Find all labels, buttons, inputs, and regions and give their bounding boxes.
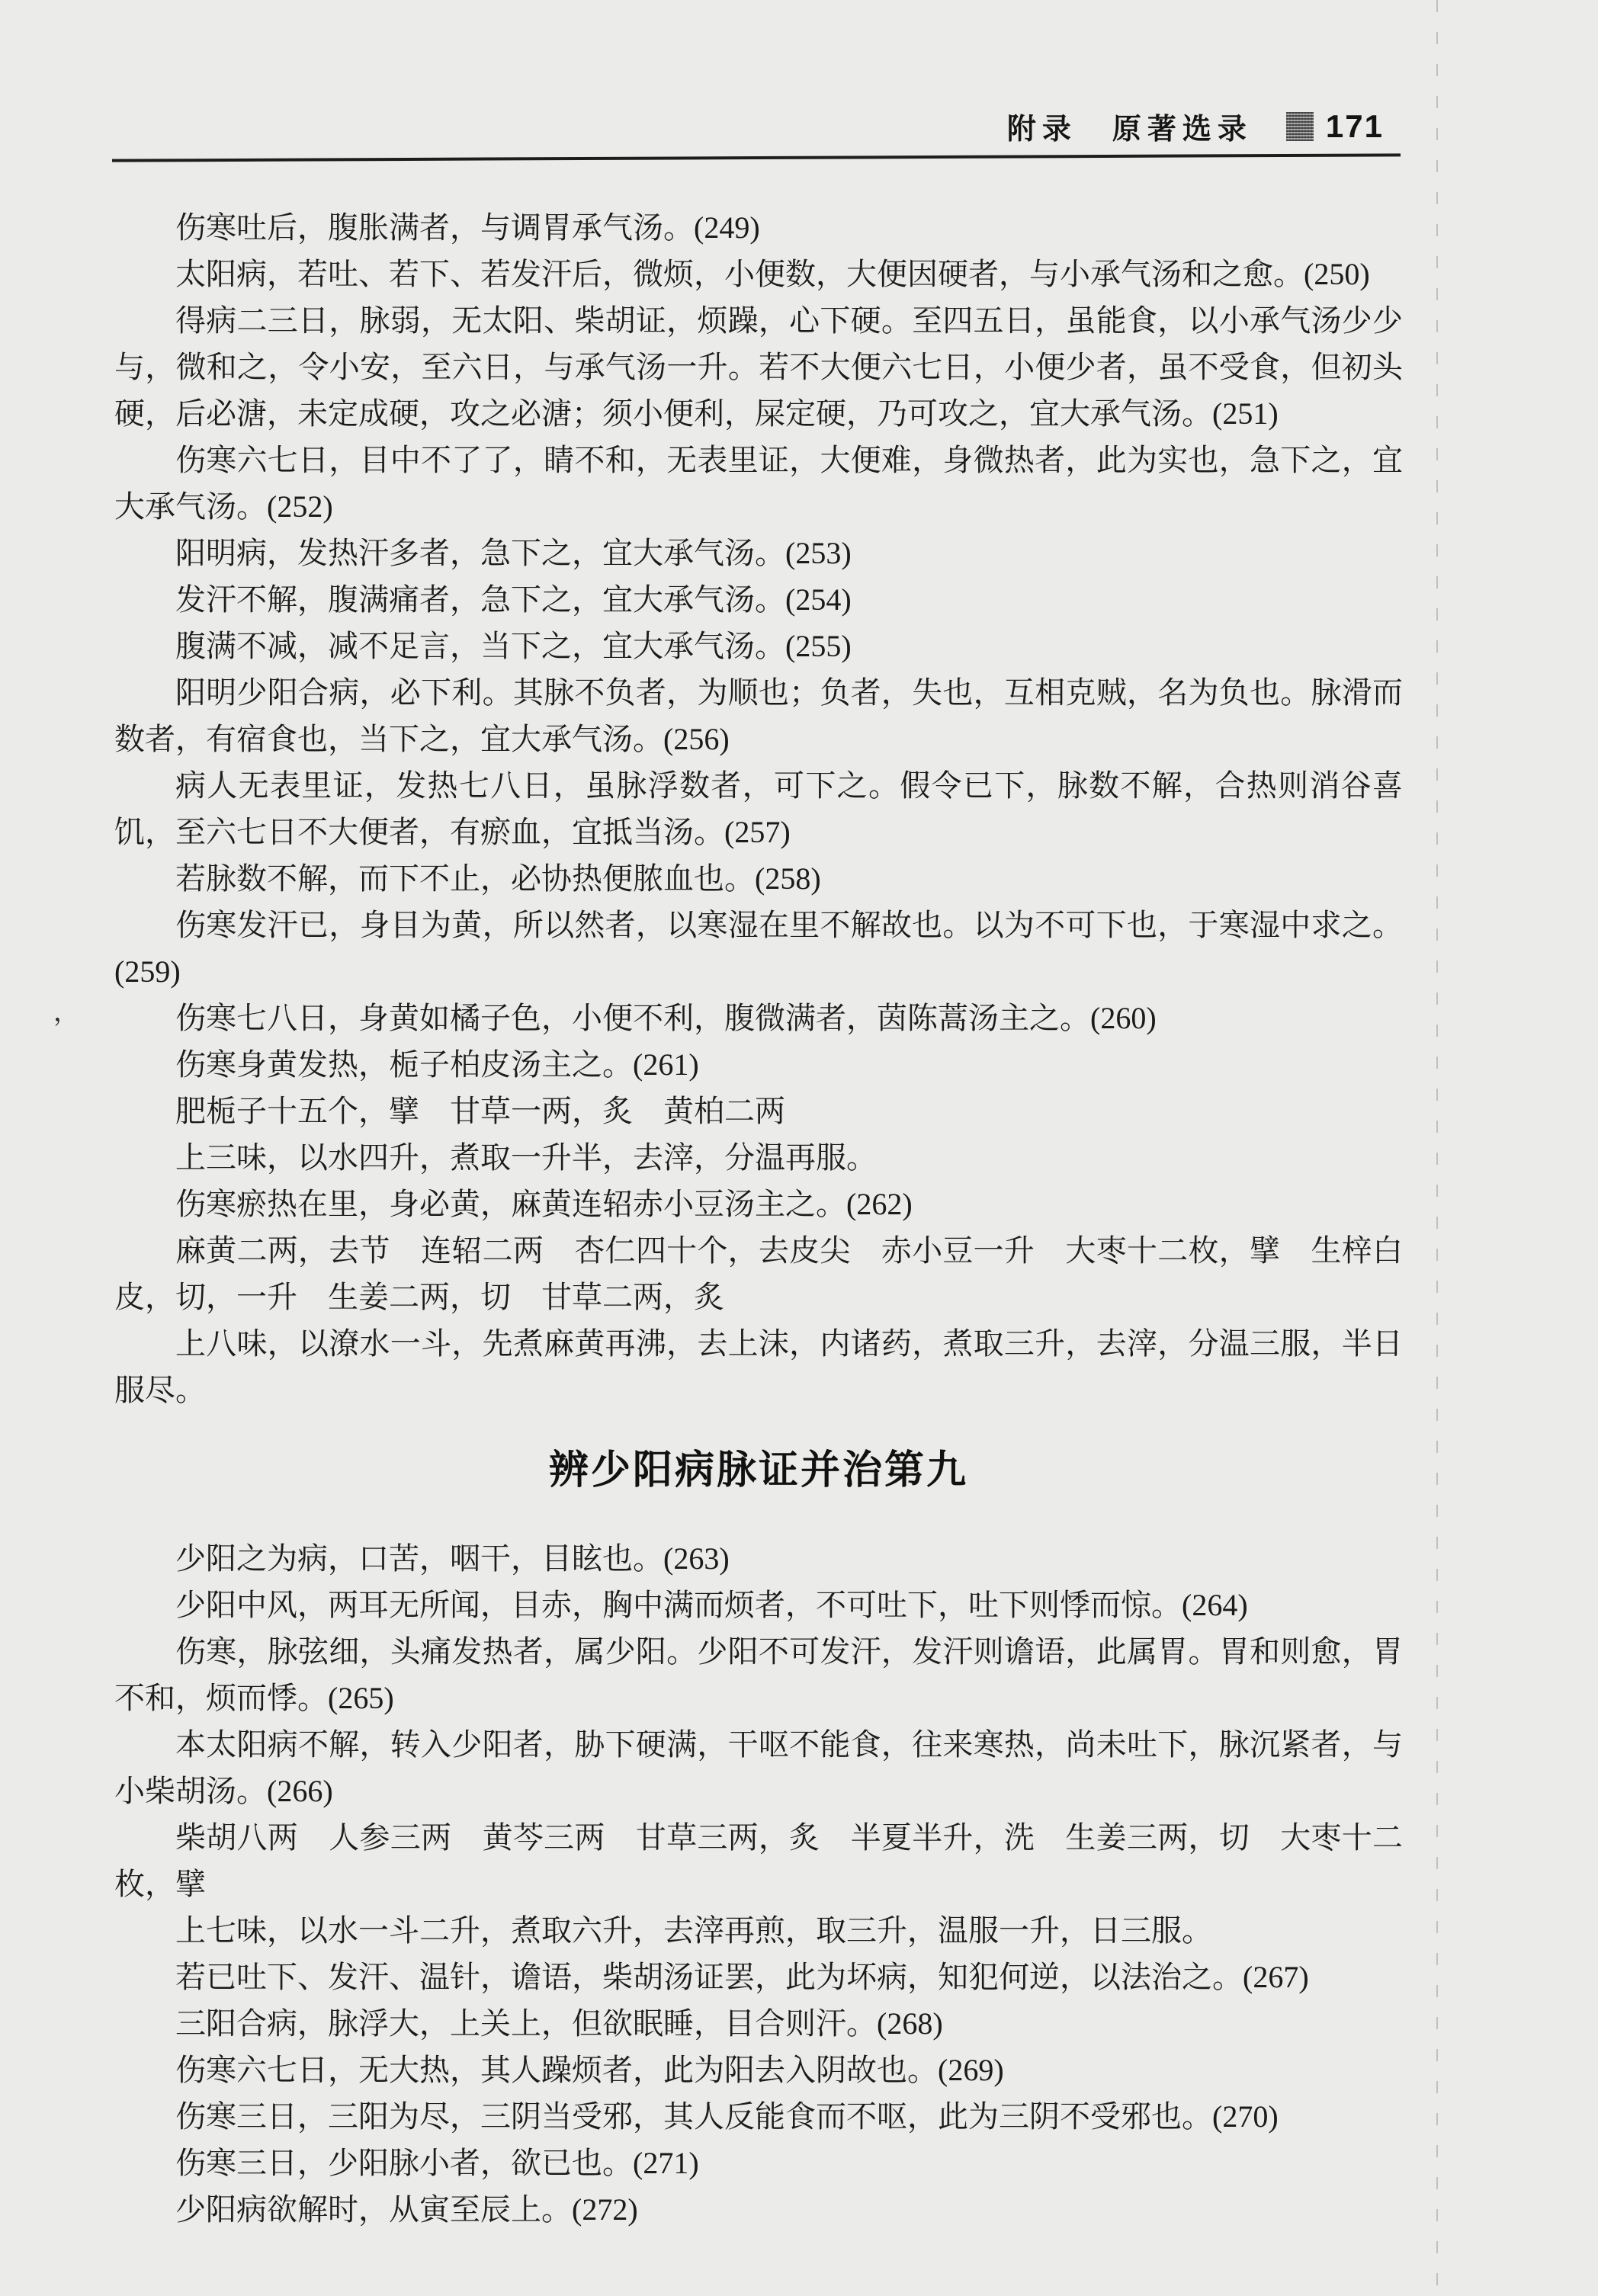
passage-272: 少阳病欲解时，从寅至辰上。(272) [114,2186,1403,2233]
passage-262: 伤寒瘀热在里，身必黄，麻黄连轺赤小豆汤主之。(262) [114,1181,1403,1227]
page-header: 附录 原著选录 171 [114,105,1403,147]
running-header-title: 附录 原著选录 [1007,105,1253,147]
passage-269: 伤寒六七日，无大热，其人躁烦者，此为阳去入阴故也。(269) [114,2047,1403,2093]
passage-268: 三阳合病，脉浮大，上关上，但欲眠睡，目合则汗。(268) [114,2000,1403,2047]
passage-249: 伤寒吐后，腹胀满者，与调胃承气汤。(249) [114,204,1403,251]
recipe-xiaochaihu-ingredients: 柴胡八两 人参三两 黄芩三两 甘草三两，炙 半夏半升，洗 生姜三两，切 大枣十二… [114,1814,1403,1907]
passage-261: 伤寒身黄发热，栀子柏皮汤主之。(261) [114,1041,1403,1088]
header-rule [112,153,1401,162]
recipe-xiaochaihu-method: 上七味，以水一斗二升，煮取六升，去滓再煎，取三升，温服一升，日三服。 [114,1907,1403,1954]
passage-265: 伤寒，脉弦细，头痛发热者，属少阳。少阳不可发汗，发汗则谵语，此属胃。胃和则愈，胃… [114,1628,1403,1721]
passage-267: 若已吐下、发汗、温针，谵语，柴胡汤证罢，此为坏病，知犯何逆，以法治之。(267) [114,1954,1403,2000]
page-body: 伤寒吐后，腹胀满者，与调胃承气汤。(249) 太阳病，若吐、若下、若发汗后，微烦… [114,204,1403,2233]
page-number: 171 [1326,108,1384,145]
passage-260: 伤寒七八日，身黄如橘子色，小便不利，腹微满者，茵陈蒿汤主之。(260) [114,995,1403,1041]
recipe-mahuang-lianyao-method: 上八味，以潦水一斗，先煮麻黄再沸，去上沫，内诸药，煮取三升，去滓，分温三服，半日… [114,1320,1403,1413]
passage-252: 伤寒六七日，目中不了了，睛不和，无表里证，大便难，身微热者，此为实也，急下之，宜… [114,437,1403,530]
halftone-square-icon [1286,112,1314,141]
passage-263: 少阳之为病，口苦，咽干，目眩也。(263) [114,1535,1403,1582]
passage-253: 阳明病，发热汗多者，急下之，宜大承气汤。(253) [114,530,1403,576]
passage-257: 病人无表里证，发热七八日，虽脉浮数者，可下之。假令已下，脉数不解，合热则消谷喜饥… [114,762,1403,855]
recipe-zhizi-baipi-ingredients: 肥栀子十五个，擘 甘草一两，炙 黄柏二两 [114,1088,1403,1134]
passage-271: 伤寒三日，少阳脉小者，欲已也。(271) [114,2140,1403,2186]
passage-256: 阳明少阳合病，必下利。其脉不负者，为顺也；负者，失也，互相克贼，名为负也。脉滑而… [114,669,1403,762]
passage-264: 少阳中风，两耳无所闻，目赤，胸中满而烦者，不可吐下，吐下则悸而惊。(264) [114,1582,1403,1628]
passage-270: 伤寒三日，三阳为尽，三阴当受邪，其人反能食而不呕，此为三阴不受邪也。(270) [114,2093,1403,2140]
book-page: 附录 原著选录 171 伤寒吐后，腹胀满者，与调胃承气汤。(249) 太阳病，若… [0,0,1598,2296]
section-heading: 辨少阳病脉证并治第九 [114,1441,1403,1502]
page-edge-shadow [1436,0,1438,2296]
passage-250: 太阳病，若吐、若下、若发汗后，微烦，小便数，大便因硬者，与小承气汤和之愈。(25… [114,251,1403,297]
passage-251: 得病二三日，脉弱，无太阳、柴胡证，烦躁，心下硬。至四五日，虽能食，以小承气汤少少… [114,297,1403,437]
stray-ink-mark: ， [53,991,79,1028]
passage-266: 本太阳病不解，转入少阳者，胁下硬满，干呕不能食，往来寒热，尚未吐下，脉沉紧者，与… [114,1721,1403,1814]
passage-254: 发汗不解，腹满痛者，急下之，宜大承气汤。(254) [114,576,1403,623]
passage-258: 若脉数不解，而下不止，必协热便脓血也。(258) [114,855,1403,902]
passage-255: 腹满不减，减不足言，当下之，宜大承气汤。(255) [114,623,1403,669]
recipe-mahuang-lianyao-ingredients: 麻黄二两，去节 连轺二两 杏仁四十个，去皮尖 赤小豆一升 大枣十二枚，擘 生梓白… [114,1227,1403,1320]
recipe-zhizi-baipi-method: 上三味，以水四升，煮取一升半，去滓，分温再服。 [114,1134,1403,1181]
passage-259: 伤寒发汗已，身目为黄，所以然者，以寒湿在里不解故也。以为不可下也，于寒湿中求之。… [114,902,1403,995]
